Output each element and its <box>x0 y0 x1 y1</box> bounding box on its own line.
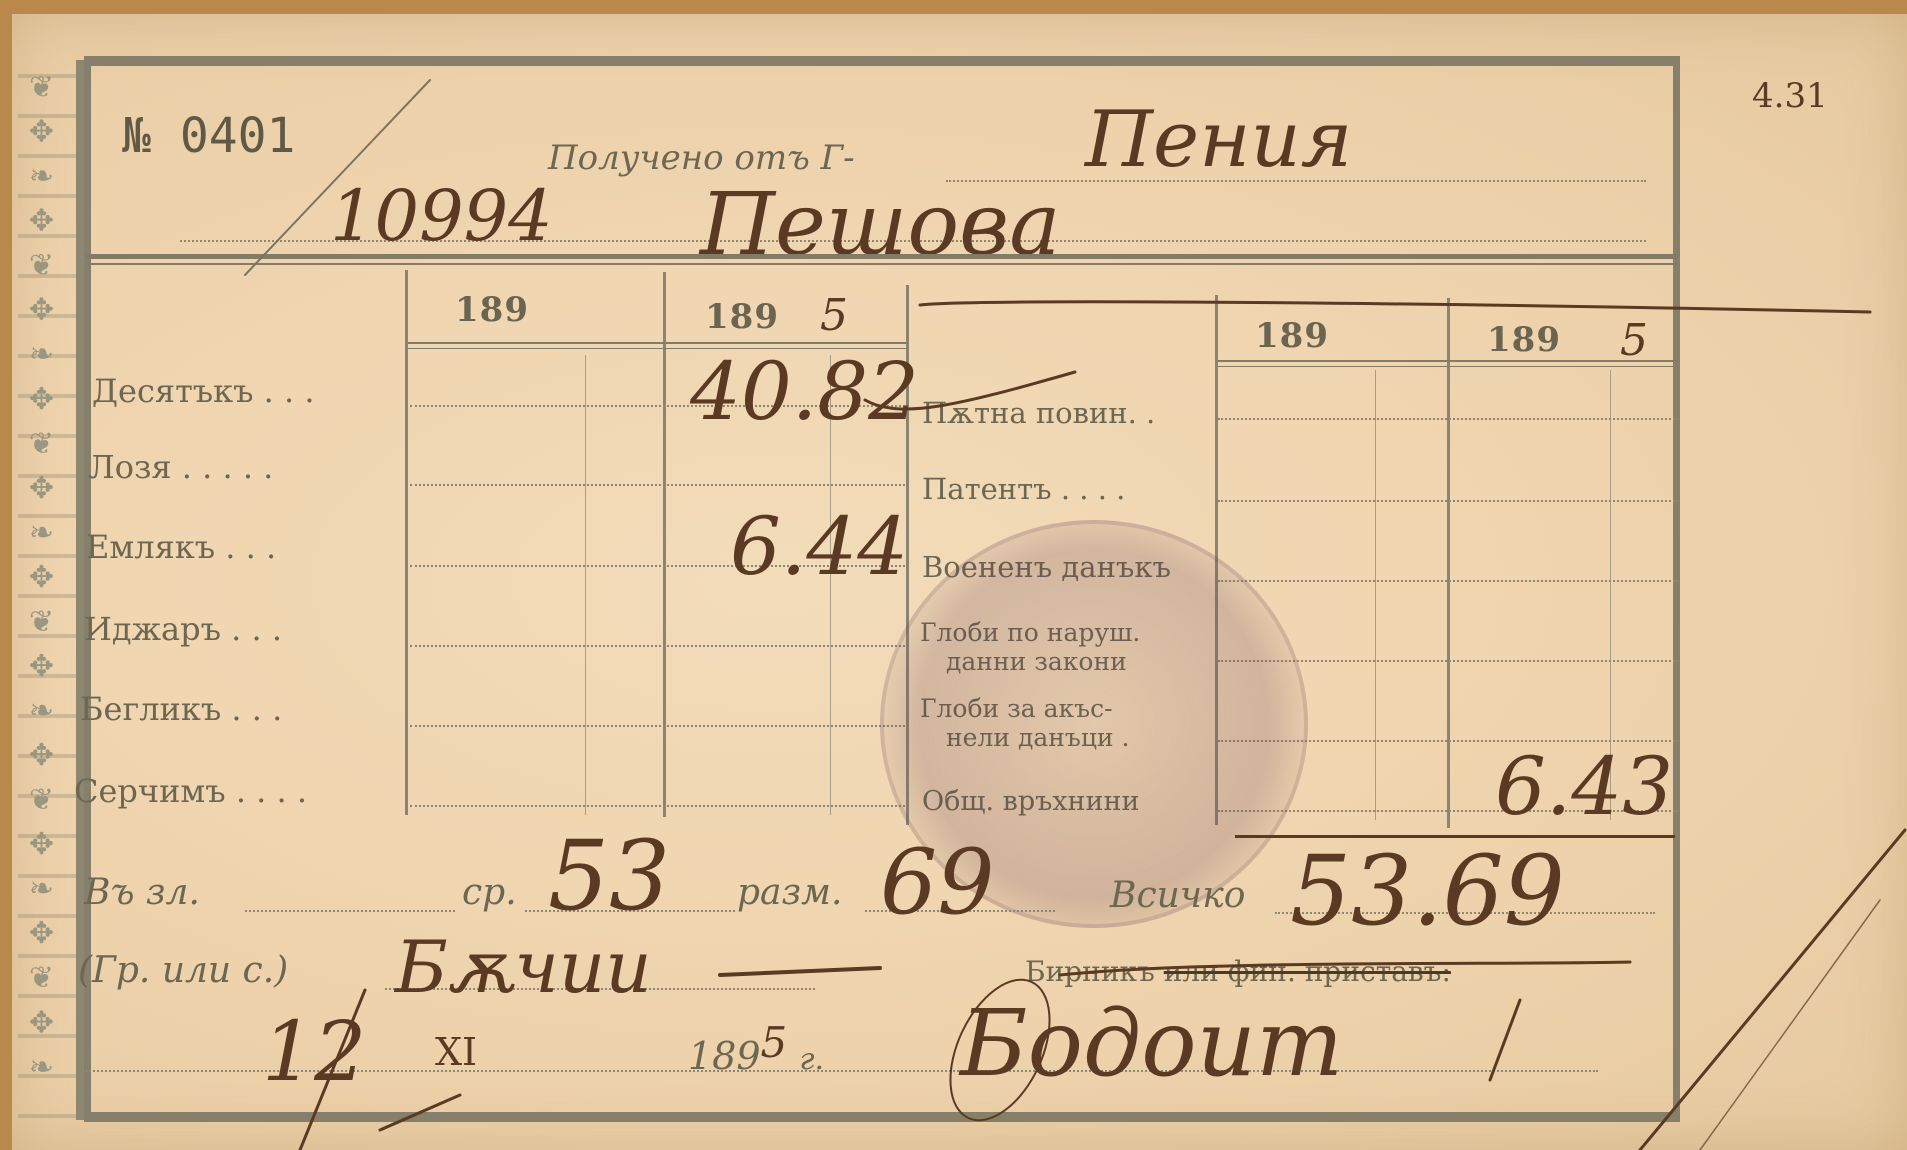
silver-label: ср. <box>462 872 517 913</box>
left-year-handwritten-suffix: 5 <box>820 290 848 341</box>
row-label-beglik: Бегликъ . . . <box>80 690 282 728</box>
gold-amount-line <box>245 910 455 912</box>
number-sign: № <box>122 108 151 164</box>
row-label-patent: Патентъ . . . . <box>922 472 1125 506</box>
right-year-handwritten-suffix: 5 <box>1620 315 1648 366</box>
gold-label-text: Въ зл. <box>84 872 200 913</box>
silver-value: 53 <box>548 820 670 932</box>
payer-last-name: Пешова <box>700 175 1060 275</box>
year-row-underline <box>1218 360 1678 362</box>
background-edge <box>0 0 1907 14</box>
exchange-value: 69 <box>880 830 995 935</box>
value-desyatak: 40.82 <box>690 345 919 438</box>
row-label-patna-povinnost: Пѫтна повин. . <box>922 396 1155 430</box>
ornamental-border: ❦ ✥ ❧ ✥ ❦ ✥ ❧ ✥ ❦ ✥ ❧ ✥ ❦ ✥ ❧ ✥ ❦ ✥ ❧ ✥ … <box>18 60 84 1120</box>
date-year-printed: 1895 г. <box>688 1030 824 1079</box>
number-value: 0401 <box>180 108 296 164</box>
year-row-underline <box>408 342 908 344</box>
table-divider <box>1447 298 1450 828</box>
row-label-lozya: Лозя . . . . . <box>88 448 273 486</box>
row-label-serchim: Серчимъ . . . . <box>74 772 307 810</box>
payer-first-name: Пения <box>1085 95 1352 185</box>
sub-column-line <box>585 355 586 815</box>
collector-label-struck: или фин. приставъ: <box>1164 955 1451 988</box>
left-year-header-2: 189 <box>705 297 779 337</box>
sub-column-line <box>1375 370 1376 820</box>
date-month: XI <box>435 1030 477 1074</box>
row-line <box>410 645 905 647</box>
right-year-header-2: 189 <box>1487 320 1561 360</box>
row-line <box>410 805 905 807</box>
table-divider <box>663 272 666 817</box>
ornament-glyphs: ❦ ✥ ❧ ✥ ❦ ✥ ❧ ✥ ❦ ✥ ❧ ✥ ❦ ✥ ❧ ✥ ❦ ✥ ❧ ✥ … <box>26 70 56 1085</box>
row-line <box>410 484 905 486</box>
collector-label: Бирникъ или фин. приставъ: <box>1025 955 1451 988</box>
date-year-handwritten: 5 <box>761 1018 788 1067</box>
header-separator <box>86 254 1678 259</box>
row-label-desyatak: Десятъкъ . . . <box>92 372 315 410</box>
collector-signature: Бодоит <box>960 990 1343 1097</box>
row-label-idzhar: Иджаръ . . . <box>84 610 282 648</box>
words-value: Бѫчии <box>395 925 652 1009</box>
year-row-underline <box>1218 366 1678 367</box>
value-obsht-vrahnini: 6.43 <box>1495 740 1673 833</box>
table-divider <box>405 270 408 815</box>
received-from-label: Получено отъ Г- <box>548 138 855 178</box>
left-year-header-1: 189 <box>455 290 529 330</box>
corner-note: 4.31 <box>1752 76 1828 116</box>
value-emlyak: 6.44 <box>730 500 908 593</box>
handwritten-reference-number: 10994 <box>330 175 553 257</box>
row-line <box>1218 500 1678 502</box>
row-line <box>1218 418 1678 420</box>
header-separator-thin <box>86 263 1678 265</box>
row-line <box>410 725 905 727</box>
row-line <box>1218 580 1678 582</box>
date-day: 12 <box>262 1005 366 1100</box>
total-value: 53.69 <box>1290 835 1565 947</box>
total-label: Всичко <box>1110 875 1245 916</box>
row-label-emlyak: Емлякъ . . . <box>86 528 276 566</box>
words-label: (Гр. или с.) <box>78 950 288 991</box>
receipt-number: № 0401 <box>122 108 295 164</box>
exchange-label: разм. <box>737 872 842 913</box>
right-year-header-1: 189 <box>1255 316 1329 356</box>
